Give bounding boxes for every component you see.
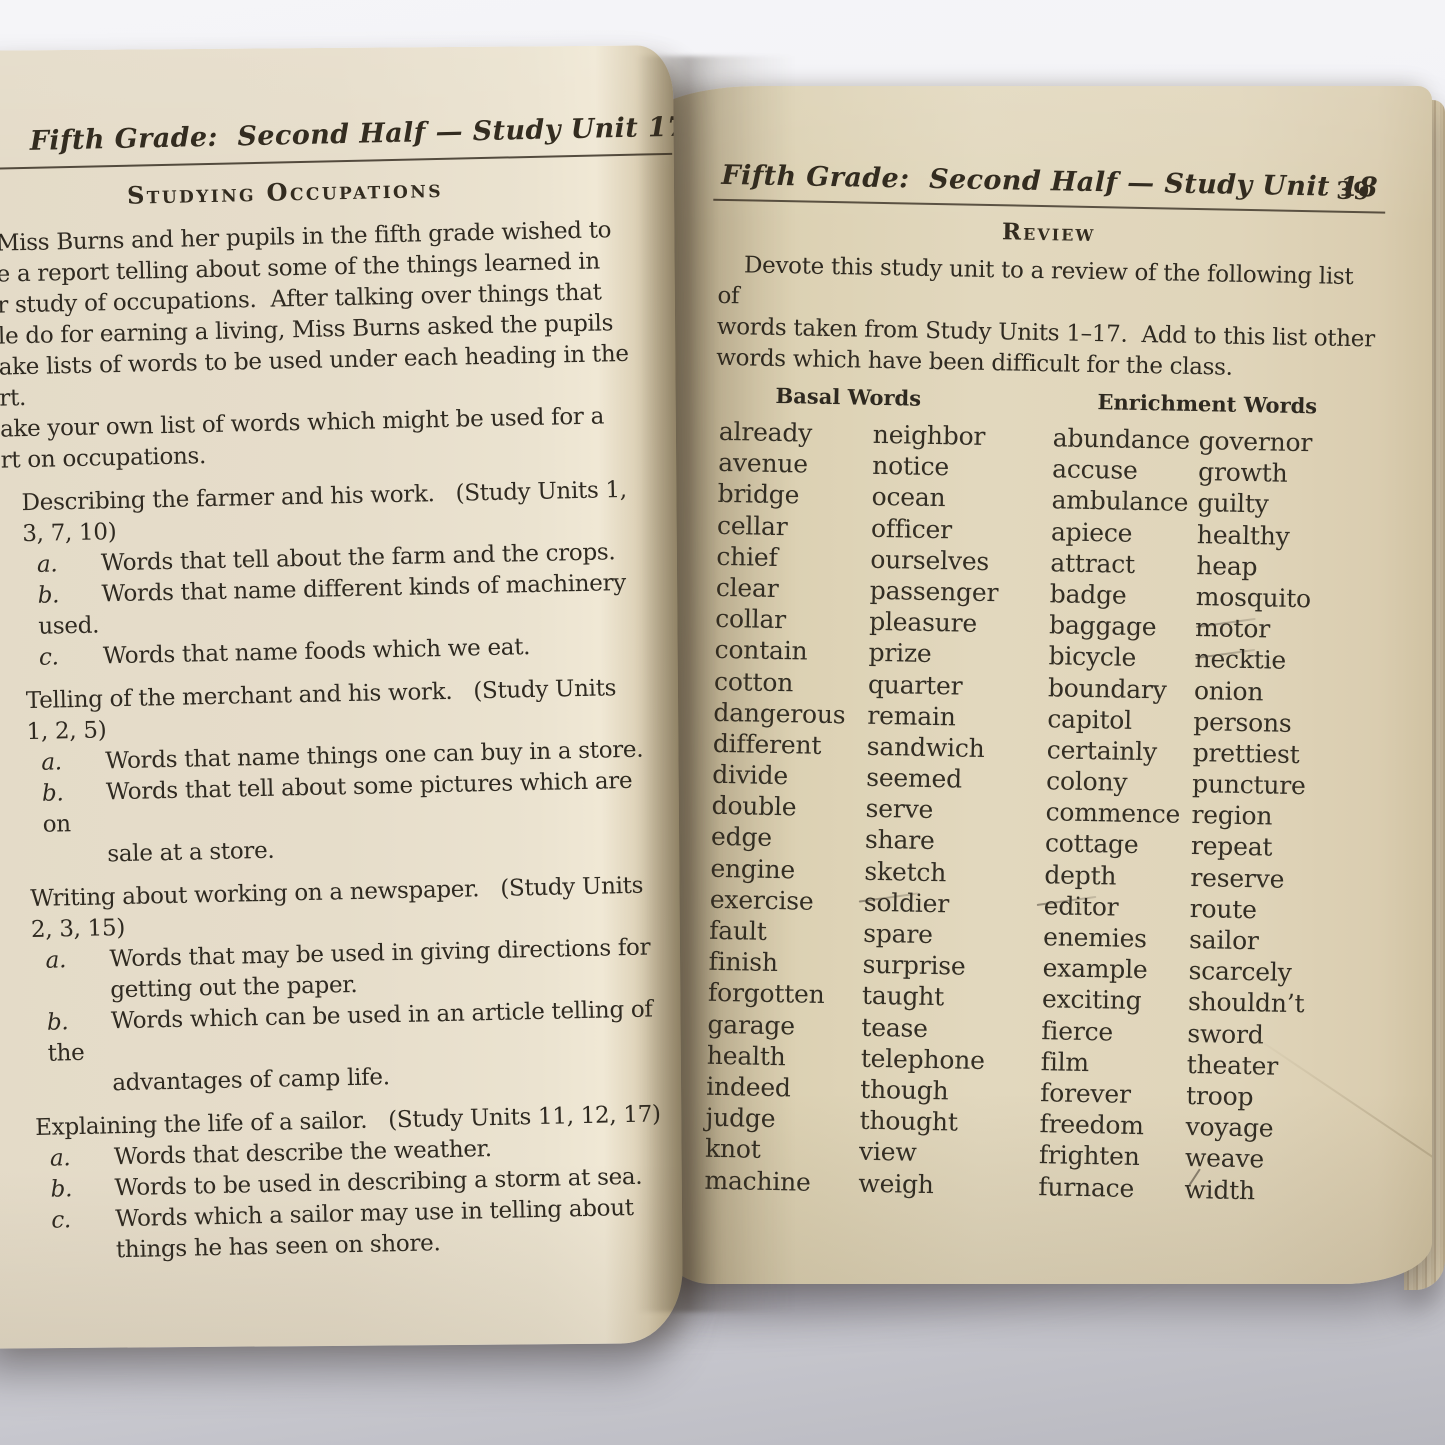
word-item: indeed (706, 1071, 859, 1105)
word-item: mosquito (1195, 581, 1372, 616)
word-item: surprise (862, 949, 1039, 984)
word-item: cotton (714, 665, 867, 699)
word-item: furnace (1038, 1171, 1189, 1205)
word-text: spare (863, 919, 933, 949)
word-text: exciting (1042, 985, 1142, 1016)
word-text: weigh (858, 1168, 934, 1198)
enrichment-col-2: governorgrowthguiltyhealthyheapmosquitom… (1184, 425, 1375, 1208)
word-text: cotton (714, 666, 794, 697)
word-text: engine (710, 853, 795, 884)
word-text: thought (859, 1106, 958, 1137)
word-text: pleasure (869, 607, 977, 638)
word-text: sailor (1189, 925, 1259, 955)
word-item: divide (712, 759, 865, 793)
word-text: exercise (710, 885, 814, 916)
word-text: growth (1198, 457, 1288, 488)
word-item: notice (872, 450, 1049, 485)
word-text: onion (1194, 676, 1264, 706)
word-text: scarcely (1188, 956, 1292, 987)
item-letter: b. (37, 579, 102, 611)
word-text: film (1041, 1047, 1090, 1077)
word-text: governor (1198, 426, 1312, 457)
word-text: collar (715, 604, 786, 634)
word-text: double (711, 791, 796, 822)
word-text: route (1190, 894, 1257, 924)
item-letter: b. (42, 777, 107, 809)
word-text: garage (707, 1009, 795, 1040)
word-text: badge (1050, 579, 1127, 609)
word-item: garage (707, 1008, 860, 1042)
word-text: passenger (870, 576, 999, 607)
word-text: voyage (1185, 1112, 1273, 1143)
word-text: mosquito (1196, 582, 1312, 613)
word-text: abundance (1053, 423, 1191, 455)
word-item: view (859, 1136, 1036, 1171)
word-item: healthy (1197, 519, 1374, 554)
word-item: quarter (868, 668, 1045, 703)
item-letter: b. (47, 1006, 112, 1038)
word-text: neighbor (873, 420, 986, 451)
word-item: capitol (1047, 703, 1198, 737)
word-item: different (713, 728, 866, 762)
word-text: bicycle (1048, 642, 1136, 673)
word-text: knot (705, 1134, 761, 1164)
word-text: serve (865, 794, 933, 824)
word-item: taught (862, 980, 1039, 1015)
word-item: ourselves (870, 544, 1047, 579)
word-text: baggage (1049, 610, 1157, 641)
word-item: sketch (864, 855, 1041, 890)
word-item: health (707, 1040, 860, 1074)
word-text: puncture (1192, 769, 1306, 800)
word-item: already (719, 416, 872, 450)
word-item: share (865, 824, 1042, 859)
word-item: thought (859, 1105, 1036, 1140)
word-text: fault (709, 916, 767, 946)
word-text: furnace (1038, 1172, 1134, 1203)
word-item: cottage (1045, 828, 1196, 862)
word-item: colony (1046, 765, 1197, 799)
word-text: contain (714, 635, 807, 666)
header-rule (0, 153, 672, 170)
word-text: guilty (1197, 488, 1269, 518)
word-columns: alreadyavenuebridgecellarchiefclearcolla… (700, 416, 1375, 1229)
enrichment-col-1: abundanceaccuseambulanceapieceattractbad… (1038, 422, 1203, 1204)
word-text: ourselves (870, 545, 989, 576)
word-item: apiece (1051, 516, 1202, 550)
word-text: telephone (861, 1043, 985, 1074)
word-text: freedom (1039, 1109, 1144, 1140)
word-item: chief (716, 541, 869, 575)
word-item: accuse (1052, 453, 1203, 487)
left-page-content: Fifth Grade: Second Half — Study Unit 17… (0, 112, 668, 1268)
word-text: surprise (862, 950, 965, 981)
word-item: attract (1050, 547, 1201, 581)
word-item: seemed (866, 762, 1043, 797)
word-item: baggage (1049, 609, 1200, 643)
word-text: capitol (1047, 704, 1132, 735)
word-text: apiece (1051, 517, 1133, 548)
word-text: sandwich (867, 732, 985, 763)
word-text: bridge (717, 479, 799, 510)
word-item: route (1189, 893, 1366, 928)
word-text: persons (1193, 707, 1292, 738)
word-item: example (1042, 952, 1193, 986)
item-letter: c. (51, 1204, 116, 1236)
word-text: editor (1044, 891, 1119, 921)
item-letter: a. (41, 746, 106, 778)
item-text: Words which can be used in an article te… (47, 996, 660, 1066)
word-item: forever (1040, 1077, 1191, 1111)
word-item: growth (1198, 456, 1375, 491)
word-item: reserve (1190, 862, 1367, 897)
word-text: colony (1046, 766, 1128, 797)
word-item: shouldn’t (1188, 986, 1365, 1021)
word-item: freedom (1039, 1108, 1190, 1142)
word-text: enemies (1043, 922, 1147, 953)
word-item: ambulance (1051, 485, 1202, 519)
word-item: tease (861, 1011, 1038, 1046)
word-text: cellar (717, 510, 788, 540)
left-page: Fifth Grade: Second Half — Study Unit 17… (0, 45, 683, 1349)
item-letter: a. (45, 944, 110, 976)
word-text: view (859, 1137, 917, 1167)
word-item: troop (1186, 1080, 1363, 1115)
word-text: depth (1044, 860, 1116, 890)
word-text: fierce (1041, 1016, 1113, 1046)
item-text: Words that describe the weather. (114, 1136, 492, 1170)
word-item: commence (1045, 796, 1196, 830)
item-text: Words that name different kinds of machi… (38, 570, 633, 640)
item-letter: c. (39, 641, 104, 673)
word-item: motor (1195, 612, 1372, 647)
word-text: ocean (871, 482, 945, 512)
word-item: prize (868, 637, 1045, 672)
word-item: knot (705, 1133, 858, 1167)
word-item: passenger (870, 575, 1047, 610)
word-text: troop (1186, 1081, 1254, 1111)
word-item: frighten (1039, 1139, 1190, 1173)
word-text: taught (862, 981, 945, 1012)
item-letter: b. (50, 1173, 115, 1205)
word-item: fierce (1041, 1015, 1192, 1049)
word-text: certainly (1047, 735, 1158, 766)
word-item: pleasure (869, 606, 1046, 641)
list-section: Explaining the life of a sailor. (Study … (15, 1099, 668, 1268)
word-item: serve (865, 793, 1042, 828)
word-item: onion (1194, 675, 1371, 710)
basal-col-1: alreadyavenuebridgecellarchiefclearcolla… (704, 416, 871, 1198)
list-section: Writing about working on a newspaper. (S… (10, 870, 665, 1101)
word-item: neighbor (873, 419, 1050, 454)
word-item: soldier (864, 887, 1041, 922)
word-text: commence (1045, 797, 1180, 829)
list-section: Describing the farmer and his work. (Stu… (1, 474, 655, 674)
word-item: editor (1044, 890, 1195, 924)
word-item: dangerous (713, 697, 866, 731)
word-item: spare (863, 918, 1040, 953)
word-item: weave (1185, 1142, 1362, 1177)
word-text: example (1042, 953, 1147, 984)
word-item: double (711, 790, 864, 824)
section-title-review: Review (719, 213, 1379, 253)
word-text: edge (711, 822, 772, 852)
word-text: clear (716, 573, 779, 603)
word-item: avenue (718, 447, 871, 481)
word-text: heap (1196, 551, 1258, 581)
word-text: seemed (866, 763, 962, 794)
item-text: Words that tell about some pictures whic… (42, 768, 639, 838)
word-item: bicycle (1048, 641, 1199, 675)
word-item: ocean (871, 481, 1048, 516)
word-text: weave (1185, 1143, 1265, 1174)
word-item: depth (1044, 859, 1195, 893)
word-text: frighten (1039, 1140, 1140, 1171)
word-item: width (1184, 1173, 1361, 1208)
review-intro: Devote this study unit to a review of th… (716, 250, 1378, 387)
word-text: tease (861, 1012, 928, 1042)
word-text: share (865, 825, 935, 855)
word-item: necktie (1194, 643, 1371, 678)
word-item: film (1041, 1046, 1192, 1080)
word-item: engine (710, 852, 863, 886)
section-title-occupations: Studying Occupations (0, 169, 645, 212)
word-text: different (713, 729, 822, 760)
word-item: telephone (861, 1042, 1038, 1077)
word-text: region (1191, 800, 1272, 831)
word-text: dangerous (713, 698, 845, 730)
word-text: theater (1187, 1050, 1279, 1081)
word-text: divide (712, 760, 788, 790)
word-item: clear (716, 572, 869, 606)
word-text: necktie (1194, 644, 1286, 675)
basal-words-header: Basal Words (775, 383, 921, 411)
word-item: edge (711, 821, 864, 855)
word-text: officer (871, 513, 952, 544)
word-text: forever (1040, 1078, 1131, 1109)
running-head-left: Fifth Grade: Second Half — Study Unit 17 (0, 112, 644, 157)
word-item: badge (1050, 578, 1201, 612)
word-item: persons (1193, 706, 1370, 741)
running-head-text: Fifth Grade: Second Half — Study Unit 18 (721, 160, 1378, 204)
word-item: cellar (717, 509, 870, 543)
word-text: healthy (1197, 520, 1290, 551)
word-item: voyage (1185, 1111, 1362, 1146)
word-text: repeat (1191, 831, 1273, 862)
word-item: bridge (717, 478, 870, 512)
word-text: already (719, 417, 813, 448)
word-text: indeed (706, 1072, 791, 1103)
item-letter: a. (50, 1142, 115, 1174)
word-item: machine (704, 1164, 857, 1198)
word-text: health (707, 1041, 786, 1072)
word-text: prize (868, 638, 931, 668)
word-text: motor (1195, 613, 1270, 643)
word-item: heap (1196, 550, 1373, 585)
word-item: region (1191, 799, 1368, 834)
word-text: prettiest (1193, 738, 1300, 769)
word-text: forgotten (708, 978, 825, 1009)
word-text: judge (705, 1103, 775, 1133)
word-item: exercise (710, 884, 863, 918)
item-text: Words that name foods which we eat. (103, 634, 531, 669)
word-item: certainly (1047, 734, 1198, 768)
word-item: sailor (1189, 924, 1366, 959)
right-page: Fifth Grade: Second Half — Study Unit 18… (650, 86, 1432, 1284)
word-item: judge (705, 1102, 858, 1136)
word-item: repeat (1191, 830, 1368, 865)
word-item: sword (1187, 1018, 1364, 1053)
word-item: puncture (1192, 768, 1369, 803)
word-item: sandwich (867, 731, 1044, 766)
word-item: collar (715, 603, 868, 637)
word-text: though (860, 1075, 949, 1106)
word-item: governor (1198, 425, 1375, 460)
word-item: contain (714, 634, 867, 668)
list-section: Telling of the merchant and his work. (S… (6, 672, 660, 872)
word-item: forgotten (708, 977, 861, 1011)
word-text: attract (1050, 548, 1135, 579)
word-text: sketch (864, 856, 946, 887)
enrichment-words-header: Enrichment Words (1097, 389, 1317, 418)
word-item: remain (867, 699, 1044, 734)
word-item: fault (709, 915, 862, 949)
word-item: finish (708, 946, 861, 980)
word-item: scarcely (1188, 955, 1365, 990)
word-item: enemies (1043, 921, 1194, 955)
word-item: officer (871, 512, 1048, 547)
word-text: chief (716, 542, 778, 572)
right-page-content: Fifth Grade: Second Half — Study Unit 18… (700, 156, 1380, 1228)
word-text: quarter (868, 669, 963, 700)
word-text: cottage (1045, 829, 1139, 860)
word-text: soldier (864, 888, 950, 919)
word-text: boundary (1048, 673, 1167, 704)
word-item: exciting (1042, 984, 1193, 1018)
left-page-body: Miss Burns and her pupils in the fifth g… (0, 214, 668, 1268)
word-item: guilty (1197, 487, 1374, 522)
word-text: shouldn’t (1188, 987, 1305, 1018)
word-text: machine (704, 1165, 811, 1196)
word-text: notice (872, 451, 949, 481)
word-text: ambulance (1051, 486, 1188, 518)
word-text: avenue (718, 448, 808, 479)
item-letter: a. (37, 548, 102, 580)
word-text: remain (867, 700, 956, 731)
word-item: weigh (858, 1167, 1035, 1202)
word-text: finish (708, 947, 778, 977)
running-head-right: Fifth Grade: Second Half — Study Unit 18… (719, 156, 1380, 204)
basal-col-2: neighbornoticeoceanofficerourselvespasse… (858, 419, 1049, 1202)
page-number: 39 (1336, 176, 1370, 206)
word-item: though (860, 1074, 1037, 1109)
word-text: reserve (1190, 863, 1284, 894)
book-photo: Fifth Grade: Second Half — Study Unit 18… (0, 0, 1445, 1445)
word-item: theater (1187, 1049, 1364, 1084)
word-text: accuse (1052, 454, 1138, 485)
word-text: width (1184, 1174, 1255, 1204)
word-item: prettiest (1192, 737, 1369, 772)
word-item: boundary (1048, 672, 1199, 706)
word-item: abundance (1053, 422, 1204, 456)
